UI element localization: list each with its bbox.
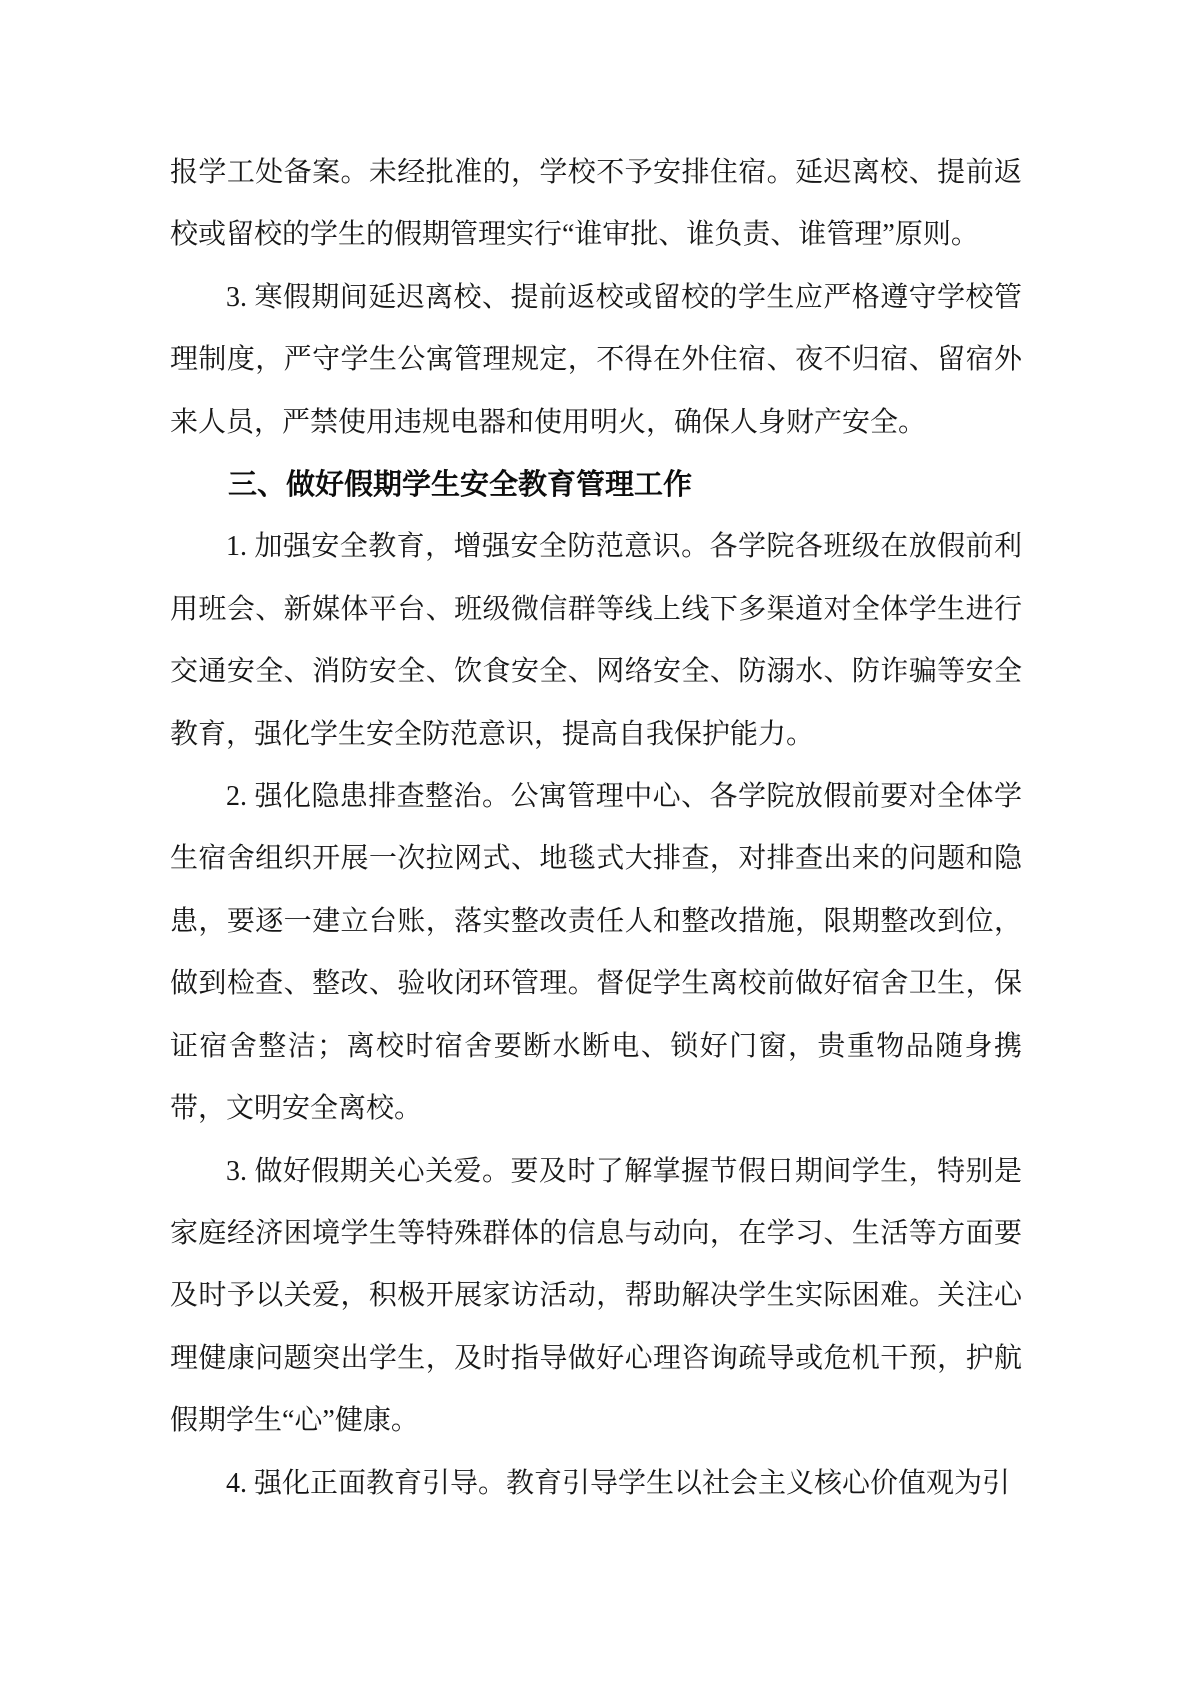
body-paragraph-point-2: 2. 强化隐患排查整治。公寓管理中心、各学院放假前要对全体学生宿舍组织开展一次拉…	[170, 766, 1022, 1140]
body-paragraph-item-3: 3. 寒假期间延迟离校、提前返校或留校的学生应严格遵守学校管理制度，严守学生公寓…	[170, 267, 1022, 454]
body-paragraph-point-1: 1. 加强安全教育，增强安全防范意识。各学院各班级在放假前利用班会、新媒体平台、…	[170, 516, 1022, 766]
document-text-block: 报学工处备案。未经批准的，学校不予安排住宿。延迟离校、提前返校或留校的学生的假期…	[170, 142, 1022, 1515]
document-page: 报学工处备案。未经批准的，学校不予安排住宿。延迟离校、提前返校或留校的学生的假期…	[0, 0, 1191, 1684]
section-heading-3: 三、做好假期学生安全教育管理工作	[170, 454, 1022, 516]
body-paragraph-point-4-truncated: 4. 强化正面教育引导。教育引导学生以社会主义核心价值观为引	[170, 1453, 1022, 1515]
body-paragraph-continuation: 报学工处备案。未经批准的，学校不予安排住宿。延迟离校、提前返校或留校的学生的假期…	[170, 142, 1022, 267]
body-paragraph-point-3: 3. 做好假期关心关爱。要及时了解掌握节假日期间学生，特别是家庭经济困境学生等特…	[170, 1141, 1022, 1453]
